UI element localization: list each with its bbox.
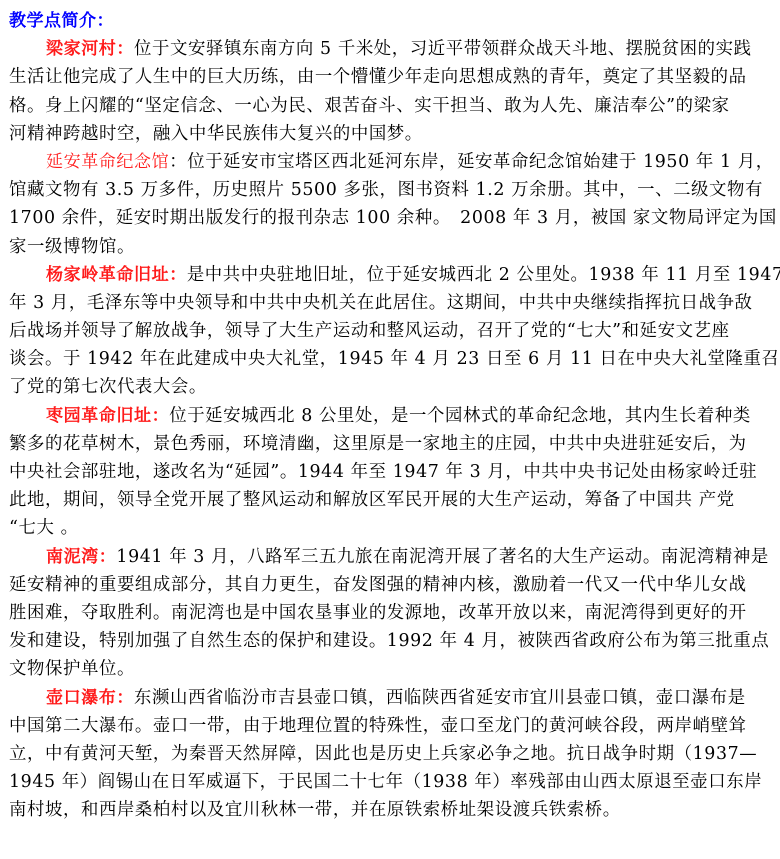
section-heading: 南泥湾： — [46, 547, 116, 567]
paragraph-text: 位于延安城西北 8 公里处，是一个园林式的革命纪念地，其内生长着种类 — [169, 406, 751, 426]
paragraph-text: 位于延安市宝塔区西北延河东岸，延安革命纪念馆始建于 1950 年 1 月， — [187, 152, 774, 172]
paragraph-line: 繁多的花草树木，景色秀丽，环境清幽，这里原是一家地主的庄园，中共中央进驻延安后，… — [9, 430, 774, 458]
section-heading: 杨家岭革命旧址： — [46, 265, 187, 285]
page-title: 教学点简介： — [9, 7, 774, 35]
paragraph-line: 中国第二大瀑布。壶口一带，由于地理位置的特殊性，壶口至龙门的黄河峡谷段，两岸峭壁… — [9, 712, 774, 740]
paragraph-line: 年 3 月，毛泽东等中央领导和中共中央机关在此居住。这期间，中共中央继续指挥抗日… — [9, 289, 774, 317]
section-heading: 延安革命纪念馆 — [46, 152, 169, 172]
section-first-line: 壶口瀑布：东濒山西省临汾市吉县壶口镇，西临陕西省延安市宜川县壶口镇，壶口瀑布是 — [9, 684, 774, 712]
section-heading: 壶口瀑布： — [46, 688, 134, 708]
paragraph-line: 1700 余件，延安时期出版发行的报刊杂志 100 余种。 2008 年 3 月… — [9, 204, 774, 232]
section-first-line: 南泥湾：1941 年 3 月，八路军三五九旅在南泥湾开展了著名的大生产运动。南泥… — [9, 543, 774, 571]
paragraph-line: 谈会。于 1942 年在此建成中央大礼堂，1945 年 4 月 23 日至 6 … — [9, 345, 774, 373]
paragraph-line: 了党的第七次代表大会。 — [9, 373, 774, 401]
section-zaoyuan: 枣园革命旧址：位于延安城西北 8 公里处，是一个园林式的革命纪念地，其内生长着种… — [9, 402, 774, 543]
document: 教学点简介： 梁家河村：位于文安驿镇东南方向 5 千米处，习近平带领群众战天斗地… — [9, 7, 774, 824]
paragraph-line: 1945 年）阎锡山在日军威逼下，于民国二十七年（1938 年）率残部由山西太原… — [9, 768, 774, 796]
paragraph-text: 东濒山西省临汾市吉县壶口镇，西临陕西省延安市宜川县壶口镇，壶口瀑布是 — [134, 688, 746, 708]
paragraph-text: 位于文安驿镇东南方向 5 千米处，习近平带领群众战天斗地、摆脱贫困的实践 — [134, 39, 752, 59]
paragraph-line: 河精神跨越时空，融入中华民族伟大复兴的中国梦。 — [9, 120, 774, 148]
section-yangjialing: 杨家岭革命旧址：是中共中央驻地旧址，位于延安城西北 2 公里处。1938 年 1… — [9, 261, 774, 402]
paragraph-line: 南村坡，和西岸桑柏村以及宜川秋林一带，并在原铁索桥址架设渡兵铁索桥。 — [9, 796, 774, 824]
section-heading: 枣园革命旧址： — [46, 406, 169, 426]
paragraph-line: 馆藏文物有 3.5 万多件，历史照片 5500 多张，图书资料 1.2 万余册。… — [9, 176, 774, 204]
section-yanan-museum: 延安革命纪念馆：位于延安市宝塔区西北延河东岸，延安革命纪念馆始建于 1950 年… — [9, 148, 774, 261]
section-nanniwan: 南泥湾：1941 年 3 月，八路军三五九旅在南泥湾开展了著名的大生产运动。南泥… — [9, 543, 774, 684]
section-liangjiahe: 梁家河村：位于文安驿镇东南方向 5 千米处，习近平带领群众战天斗地、摆脱贫困的实… — [9, 35, 774, 148]
paragraph-line: “七大 。 — [9, 514, 774, 542]
paragraph-line: 后战场并领导了解放战争，领导了大生产运动和整风运动，召开了党的“七大”和延安文艺… — [9, 317, 774, 345]
section-first-line: 杨家岭革命旧址：是中共中央驻地旧址，位于延安城西北 2 公里处。1938 年 1… — [9, 261, 774, 289]
paragraph-line: 胜困难，夺取胜利。南泥湾也是中国农垦事业的发源地，改革开放以来，南泥湾得到更好的… — [9, 599, 774, 627]
paragraph-line: 延安精神的重要组成部分，其自力更生，奋发图强的精神内核，激励着一代又一代中华儿女… — [9, 571, 774, 599]
section-first-line: 梁家河村：位于文安驿镇东南方向 5 千米处，习近平带领群众战天斗地、摆脱贫困的实… — [9, 35, 774, 63]
paragraph-line: 格。身上闪耀的“坚定信念、一心为民、艰苦奋斗、实干担当、敢为人先、廉洁奉公”的梁… — [9, 92, 774, 120]
paragraph-line: 文物保护单位。 — [9, 655, 774, 683]
paragraph-text: 是中共中央驻地旧址，位于延安城西北 2 公里处。1938 年 11 月至 194… — [187, 265, 780, 285]
section-first-line: 延安革命纪念馆：位于延安市宝塔区西北延河东岸，延安革命纪念馆始建于 1950 年… — [9, 148, 774, 176]
section-first-line: 枣园革命旧址：位于延安城西北 8 公里处，是一个园林式的革命纪念地，其内生长着种… — [9, 402, 774, 430]
paragraph-line: 发和建设，特别加强了自然生态的保护和建设。1992 年 4 月，被陕西省政府公布… — [9, 627, 774, 655]
section-hukou-waterfall: 壶口瀑布：东濒山西省临汾市吉县壶口镇，西临陕西省延安市宜川县壶口镇，壶口瀑布是 … — [9, 684, 774, 825]
paragraph-line: 生活让他完成了人生中的巨大历练，由一个懵懂少年走向思想成熟的青年，奠定了其坚毅的… — [9, 63, 774, 91]
paragraph-line: 中央社会部驻地，遂改名为“延园”。1944 年至 1947 年 3 月，中共中央… — [9, 458, 774, 486]
heading-colon: ： — [169, 152, 187, 172]
paragraph-line: 立，中有黄河天堑，为秦晋天然屏障，因此也是历史上兵家必争之地。抗日战争时期（19… — [9, 740, 774, 768]
section-heading: 梁家河村： — [46, 39, 134, 59]
paragraph-line: 此地，期间，领导全党开展了整风运动和解放区军民开展的大生产运动，筹备了中国共 产… — [9, 486, 774, 514]
paragraph-text: 1941 年 3 月，八路军三五九旅在南泥湾开展了著名的大生产运动。南泥湾精神是 — [116, 547, 768, 567]
paragraph-line: 家一级博物馆。 — [9, 233, 774, 261]
